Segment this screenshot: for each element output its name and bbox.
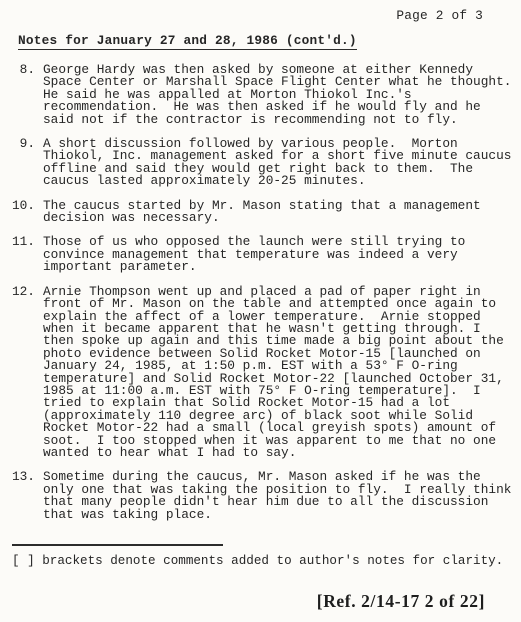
note-number: 8. (11, 64, 35, 76)
note-item-9: 9. A short discussion followed by variou… (0, 138, 521, 188)
note-item-8: 8. George Hardy was then asked by someon… (0, 64, 521, 126)
footnote-divider (12, 544, 223, 546)
note-text: A short discussion followed by various p… (43, 138, 511, 188)
note-text: George Hardy was then asked by someone a… (43, 64, 511, 126)
note-item-12: 12. Arnie Thompson went up and placed a … (0, 286, 521, 460)
note-item-11: 11. Those of us who opposed the launch w… (0, 236, 521, 273)
note-number: 11. (11, 236, 35, 248)
page-number-label: Page 2 of 3 (0, 9, 521, 22)
note-number: 13. (11, 471, 35, 483)
note-item-13: 13. Sometime during the caucus, Mr. Maso… (0, 471, 521, 521)
note-item-10: 10. The caucus started by Mr. Mason stat… (0, 200, 521, 225)
note-text: Arnie Thompson went up and placed a pad … (43, 286, 504, 460)
document-title: Notes for January 27 and 28, 1986 (cont'… (18, 34, 521, 50)
note-number: 9. (11, 138, 35, 150)
note-text: Those of us who opposed the launch were … (43, 236, 465, 273)
document-title-text: Notes for January 27 and 28, 1986 (cont'… (18, 34, 357, 50)
document-page: Page 2 of 3 Notes for January 27 and 28,… (0, 0, 521, 622)
note-text: The caucus started by Mr. Mason stating … (43, 200, 481, 225)
reference-stamp: [Ref. 2/14-17 2 of 22] (0, 591, 521, 612)
note-number: 12. (11, 286, 35, 298)
footnote: [ ] brackets denote comments added to au… (12, 555, 521, 568)
note-number: 10. (11, 200, 35, 212)
notes-list: 8. George Hardy was then asked by someon… (0, 64, 521, 521)
note-text: Sometime during the caucus, Mr. Mason as… (43, 471, 511, 521)
